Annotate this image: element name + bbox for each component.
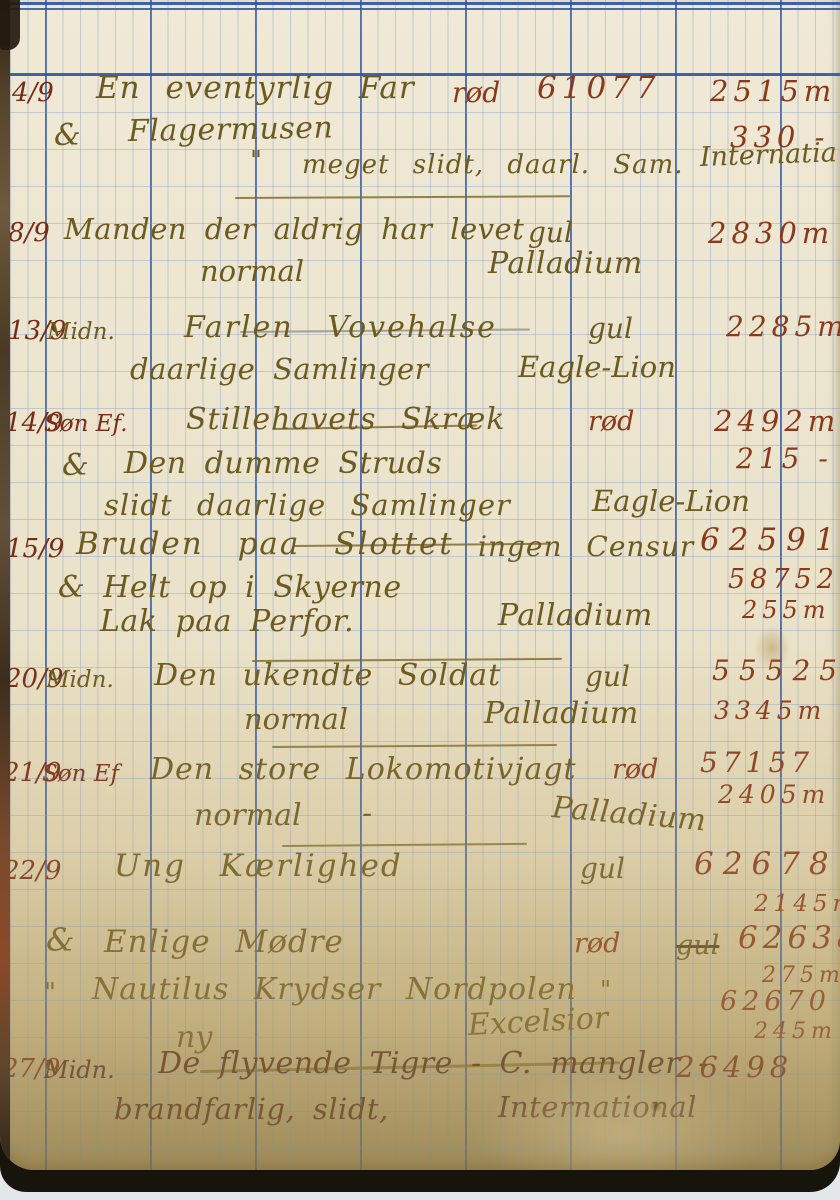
entry-5-title2: & Helt op i Skyerne <box>58 572 402 604</box>
entry-9-title: Enlige Mødre <box>104 926 344 959</box>
entry-9-censor-color: rød <box>574 930 620 958</box>
entry-4-title: Stillehavets Skræk <box>186 404 506 436</box>
entry-5-censor-note: ingen Censur <box>478 532 694 561</box>
entry-8-censor-color: gul <box>580 854 625 883</box>
entry-3-meters: 2285m <box>726 312 840 341</box>
entry-7-note-dash: - <box>362 798 372 830</box>
entry-9-title2: Nautilus Krydser Nordpolen <box>92 974 577 1006</box>
ledger-page: 4/9 En eventyrlig Far rød 61077 2515m & … <box>0 0 840 1170</box>
entry-2-condition-note: normal <box>200 256 304 286</box>
entry-9-ditto-mark: " <box>44 980 56 1007</box>
entry-10-time: Midn. <box>44 1058 115 1083</box>
entry-2-censor-color: gul <box>528 218 573 247</box>
entry-3-title: Farlen Vovehalse <box>184 312 497 344</box>
entry-3-time: Midn. <box>47 320 115 344</box>
entry-2-cinema: Palladium <box>488 248 643 280</box>
entry-6-cinema: Palladium <box>484 698 639 730</box>
entry-4-meters2: 215 - <box>736 444 833 473</box>
top-rule-line-1 <box>0 2 840 5</box>
entry-8-title: Ung Kærlighed <box>114 850 403 883</box>
entry-1-ampersand: & <box>54 120 81 152</box>
entry-4-meters: 2492m <box>714 406 840 436</box>
entry-1-censor-color: rød <box>452 78 500 107</box>
entry-5-condition-note: Lak paa Perfor. <box>100 606 354 638</box>
entry-7-card-number: 57157 <box>700 748 814 777</box>
entry-7-meters: 2405m <box>718 782 830 808</box>
entry-6-time: Midn. <box>46 668 114 692</box>
entry-10-card-number: 26498 <box>676 1052 793 1082</box>
entry-3-censor-color: gul <box>588 314 633 343</box>
entry-7-title: Den store Lokomotivjagt <box>150 754 577 786</box>
entry-9-distributor: Excelsior <box>467 1003 609 1042</box>
entry-7-censor-color: rød <box>612 756 658 784</box>
entry-1-ditto-mark: " <box>250 148 262 175</box>
entry-5-meters: 255m <box>742 598 831 623</box>
entry-9-meters2: 245m <box>754 1020 837 1043</box>
entry-1-date: 4/9 <box>12 80 54 107</box>
entry-4-distributor: Eagle-Lion <box>592 486 750 516</box>
entry-10-distributor: International <box>498 1092 697 1122</box>
entry-1-distributor: Internatia <box>700 139 838 172</box>
entry-10-condition-note: brandfarlig, slidt, <box>114 1094 389 1124</box>
entry-4-condition-note: slidt daarlige Samlinger <box>104 490 511 520</box>
entry-9-censor-color-struck: gul <box>676 932 719 960</box>
entry-6-condition-note: normal <box>244 704 348 734</box>
entry-3-condition-note: daarlige Samlinger <box>130 354 429 384</box>
entry-5-title: Bruden paa Slottet <box>76 528 454 561</box>
entry-1-condition-note: meget slidt, daarl. Sam. <box>302 152 684 179</box>
entry-5-card-number2: 58752 <box>728 566 839 594</box>
entry-1-card-number: 61077 <box>537 72 661 105</box>
entry-9-card-number2: 62670 <box>720 988 831 1016</box>
entry-5-date: 15/9 <box>6 536 64 563</box>
entry-7-condition-note: normal <box>194 800 302 832</box>
entry-5-cinema: Palladium <box>498 600 653 632</box>
entry-10-title: De flyvende Tigre - C. mangler - <box>158 1048 709 1080</box>
entry-2-meters: 2830m <box>708 218 834 248</box>
entry-4-censor-color: rød <box>588 408 634 436</box>
entry-2-date: 8/9 <box>8 220 50 247</box>
entry-6-censor-color: gul <box>585 662 630 691</box>
entry-9-ampersand: & <box>46 924 74 958</box>
entry-9-ditto-mark-2: " <box>600 978 611 1003</box>
entry-4-time: Søn Ef. <box>44 412 128 436</box>
entry-8-meters: 2145m <box>754 892 840 916</box>
entry-2-title: Manden der aldrig har levet <box>64 214 524 244</box>
entry-8-date: 22/9 <box>3 858 61 885</box>
top-rule-line-2 <box>0 8 840 10</box>
entry-1-title: En eventyrlig Far <box>96 72 415 105</box>
entry-7-time: Søn Ef <box>42 762 119 786</box>
entry-9-card-number: 62638 <box>738 922 840 955</box>
entry-8-card-number: 62678 <box>694 848 838 881</box>
entry-3-distributor: Eagle-Lion <box>518 352 676 382</box>
entry-4-ampersand: & <box>62 450 89 482</box>
entry-6-title: Den ukendte Soldat <box>154 660 501 692</box>
torn-page-stub <box>0 0 20 50</box>
entry-4-title2: Den dumme Struds <box>124 448 442 480</box>
entry-6-card-number: 55525 <box>712 656 840 685</box>
entry-6-meters: 3345m <box>714 698 826 724</box>
entry-9-meters: 275m <box>762 964 840 987</box>
binding-torn-edge <box>0 0 10 1170</box>
entry-1-title2: Flagermusen <box>128 112 334 147</box>
entry-1-meters: 2515m <box>710 76 836 106</box>
entry-5-card-number: 62591 <box>700 524 840 557</box>
